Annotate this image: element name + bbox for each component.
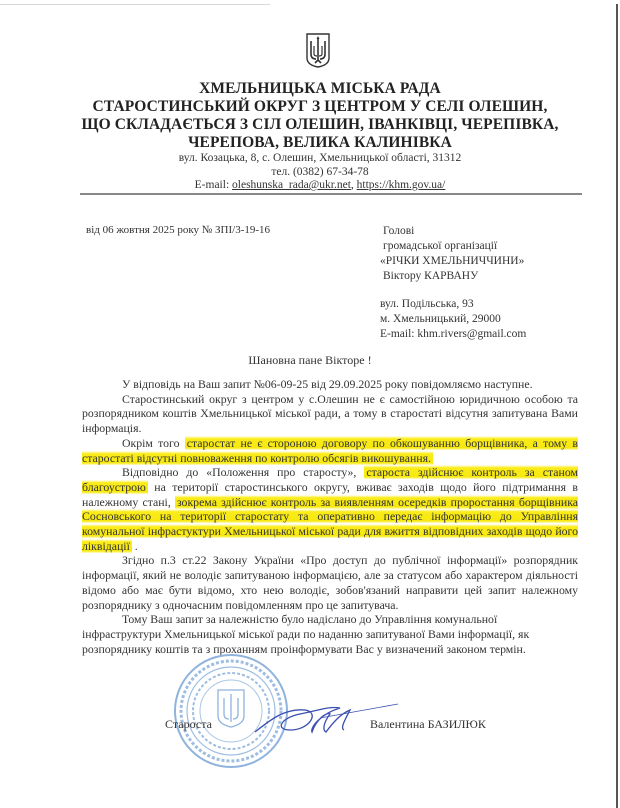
letterhead-address: вул. Козацька, 8, с. Олешин, Хмельницько…	[60, 151, 580, 165]
recipient-street: вул. Подільська, 93	[380, 297, 474, 312]
letterhead-divider	[80, 193, 582, 195]
recipient-name: Віктору КАРВАНУ	[383, 269, 478, 284]
reference-number: від 06 жовтня 2025 року № ЗПІ/3-19-16	[86, 224, 270, 236]
paragraph-4-end: .	[132, 539, 138, 553]
paragraph-1: У відповідь на Ваш запит №06-09-25 від 2…	[82, 377, 578, 392]
paragraph-6: Тому Ваш запит за належністю було надісл…	[82, 612, 578, 656]
paragraph-5: Згідно п.3 ст.22 Закону України «Про дос…	[82, 553, 578, 612]
recipient-org-name: «РІЧКИ ХМЕЛЬНИЧЧИНИ»	[380, 254, 524, 269]
recipient-title: Голові	[383, 224, 414, 239]
trident-coat-of-arms-icon	[305, 32, 331, 68]
recipient-city: м. Хмельницький, 29000	[380, 312, 501, 327]
website-link[interactable]: https://khm.gov.ua/	[357, 179, 446, 191]
paragraph-4: Відповідно до «Положення про старосту», …	[82, 465, 578, 553]
email-label: E-mail:	[195, 179, 232, 191]
paragraph-3-start: Окрім того	[122, 436, 185, 450]
paragraph-2: Старостинський округ з центром у с.Олеши…	[82, 392, 578, 436]
recipient-org-type: громадської організації	[383, 239, 497, 254]
scan-edge-top	[0, 4, 270, 5]
salutation: Шановна пане Вікторе !	[0, 353, 620, 368]
district-name-line3: ЧЕРЕПОВА, ВЕЛИКА КАЛИНІВКА	[60, 134, 580, 152]
district-name-line2: ЩО СКЛАДАЄТЬСЯ З СІЛ ОЛЕШИН, ІВАНКІВЦІ, …	[60, 116, 580, 134]
letterhead-phone: тел. (0382) 67-34-78	[60, 165, 580, 179]
email-link[interactable]: oleshunska_rada@ukr.net	[232, 179, 351, 191]
scan-edge-right	[616, 4, 618, 808]
paragraph-3: Окрім того старостат не є стороною догов…	[82, 436, 578, 465]
letter-body: У відповідь на Ваш запит №06-09-25 від 2…	[82, 377, 578, 656]
council-name: ХМЕЛЬНИЦЬКА МІСЬКА РАДА	[60, 80, 580, 98]
district-name-line1: СТАРОСТИНСЬКИЙ ОКРУГ З ЦЕНТРОМ У СЕЛІ ОЛ…	[60, 98, 580, 116]
signer-name: Валентина БАЗИЛЮК	[370, 717, 486, 732]
letterhead-contacts: E-mail: oleshunska_rada@ukr.net, https:/…	[60, 178, 580, 192]
signer-title: Староста	[165, 717, 212, 732]
paragraph-4-start: Відповідно до «Положення про старосту»,	[122, 465, 364, 479]
recipient-email: E-mail: khm.rivers@gmail.com	[380, 327, 526, 342]
